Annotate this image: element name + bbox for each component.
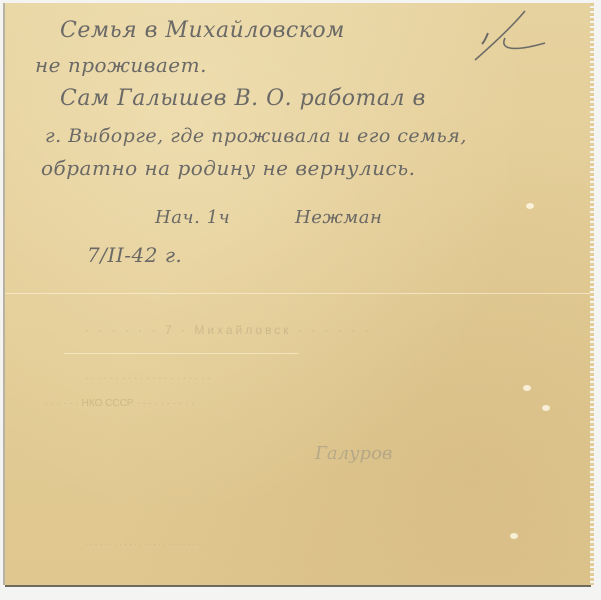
fold-crease bbox=[64, 353, 298, 354]
scrawl-mark-icon bbox=[470, 8, 550, 63]
fold-crease bbox=[5, 293, 591, 294]
paper-spot bbox=[542, 405, 550, 411]
bleed-through-text: · · · · · · НКО СССР · · · · · · · · · · bbox=[45, 398, 195, 409]
bleed-through-signature: Галуров bbox=[315, 443, 392, 464]
paper-spot bbox=[526, 203, 534, 209]
paper-sheet: · · · · · · 7 · Михайловск · · · · · · ·… bbox=[5, 3, 591, 585]
handwritten-line-4: г. Выборге, где проживала и его семья, bbox=[45, 125, 467, 147]
document-date: 7/II-42 г. bbox=[87, 243, 182, 267]
handwritten-line-1: Семья в Михайловском bbox=[60, 18, 345, 43]
bleed-through-text: · · · · · · · · · · · · · · · · · · · · … bbox=[85, 373, 211, 384]
signature-title: Нач. 1ч bbox=[155, 207, 230, 228]
bleed-through-text: · · · · · · · · · · · · · · · · · · · · … bbox=[85, 540, 200, 549]
handwritten-line-5: обратно на родину не вернулись. bbox=[41, 156, 415, 180]
handwritten-line-3: Сам Галышев В. О. работал в bbox=[60, 86, 426, 111]
bleed-through-text: · · · · · · 7 · Михайловск · · · · · · bbox=[85, 323, 372, 337]
paper-spot bbox=[510, 533, 518, 539]
signature-name: Нежман bbox=[295, 207, 382, 228]
paper-spot bbox=[523, 385, 531, 391]
handwritten-line-2: не проживает. bbox=[35, 53, 207, 77]
